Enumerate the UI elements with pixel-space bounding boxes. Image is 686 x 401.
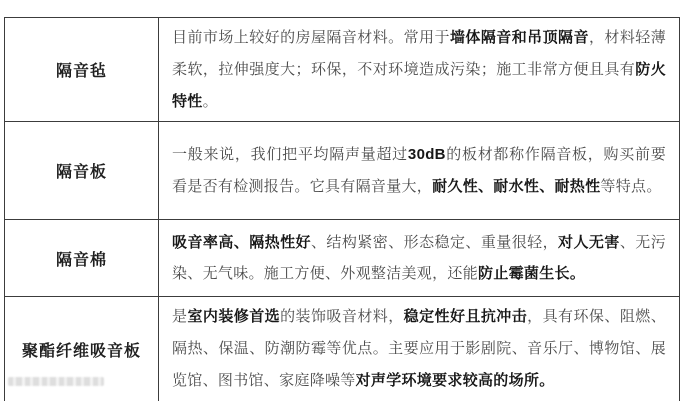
table-row: 聚酯纤维吸音板 是室内装修首选的装饰吸音材料，稳定性好且抗冲击，具有环保、阻燃、…: [5, 297, 680, 401]
highlighted-text: 30dB: [408, 146, 446, 163]
material-name: 隔音毡: [5, 18, 159, 122]
text-segment: 等特点。: [600, 178, 661, 195]
watermark: [8, 377, 104, 386]
text-segment: 。: [203, 93, 218, 110]
material-description: 目前市场上较好的房屋隔音材料。常用于墙体隔音和吊顶隔音，材料轻薄柔软，拉伸强度大…: [159, 18, 680, 122]
highlighted-text: 墙体隔音和吊顶隔音: [450, 29, 589, 46]
table-row: 隔音板 一般来说，我们把平均隔声量超过30dB的板材都称作隔音板，购买前要看是否…: [5, 122, 680, 220]
highlighted-text: 对声学环境要求较高的场所。: [356, 372, 555, 389]
material-description: 是室内装修首选的装饰吸音材料，稳定性好且抗冲击，具有环保、阻燃、隔热、保温、防潮…: [159, 297, 680, 401]
material-name: 隔音板: [5, 122, 159, 220]
text-segment: 目前市场上较好的房屋隔音材料。常用于: [172, 29, 450, 46]
table-row: 隔音毡 目前市场上较好的房屋隔音材料。常用于墙体隔音和吊顶隔音，材料轻薄柔软，拉…: [5, 18, 680, 122]
highlighted-text: 稳定性好且抗冲击: [404, 308, 528, 325]
highlighted-text: 室内装修首选: [187, 308, 280, 325]
document-page: 隔音毡 目前市场上较好的房屋隔音材料。常用于墙体隔音和吊顶隔音，材料轻薄柔软，拉…: [0, 0, 686, 401]
material-name: 隔音棉: [5, 220, 159, 297]
table-row: 隔音棉 吸音率高、隔热性好、结构紧密、形态稳定、重量很轻，对人无害、无污染、无气…: [5, 220, 680, 297]
soundproof-materials-table: 隔音毡 目前市场上较好的房屋隔音材料。常用于墙体隔音和吊顶隔音，材料轻薄柔软，拉…: [4, 17, 680, 401]
highlighted-text: 耐久性、耐水性、耐热性: [432, 178, 600, 195]
highlighted-text: 吸音率高、隔热性好: [172, 234, 311, 251]
highlighted-text: 防止霉菌生长。: [478, 265, 585, 282]
text-segment: 的装饰吸音材料，: [280, 308, 404, 325]
highlighted-text: 对人无害: [558, 234, 620, 251]
text-segment: 、结构紧密、形态稳定、重量很轻，: [311, 234, 558, 251]
material-description: 吸音率高、隔热性好、结构紧密、形态稳定、重量很轻，对人无害、无污染、无气味。施工…: [159, 220, 680, 297]
material-description: 一般来说，我们把平均隔声量超过30dB的板材都称作隔音板，购买前要看是否有检测报…: [159, 122, 680, 220]
text-segment: 是: [172, 308, 187, 325]
text-segment: 一般来说，我们把平均隔声量超过: [172, 146, 408, 163]
